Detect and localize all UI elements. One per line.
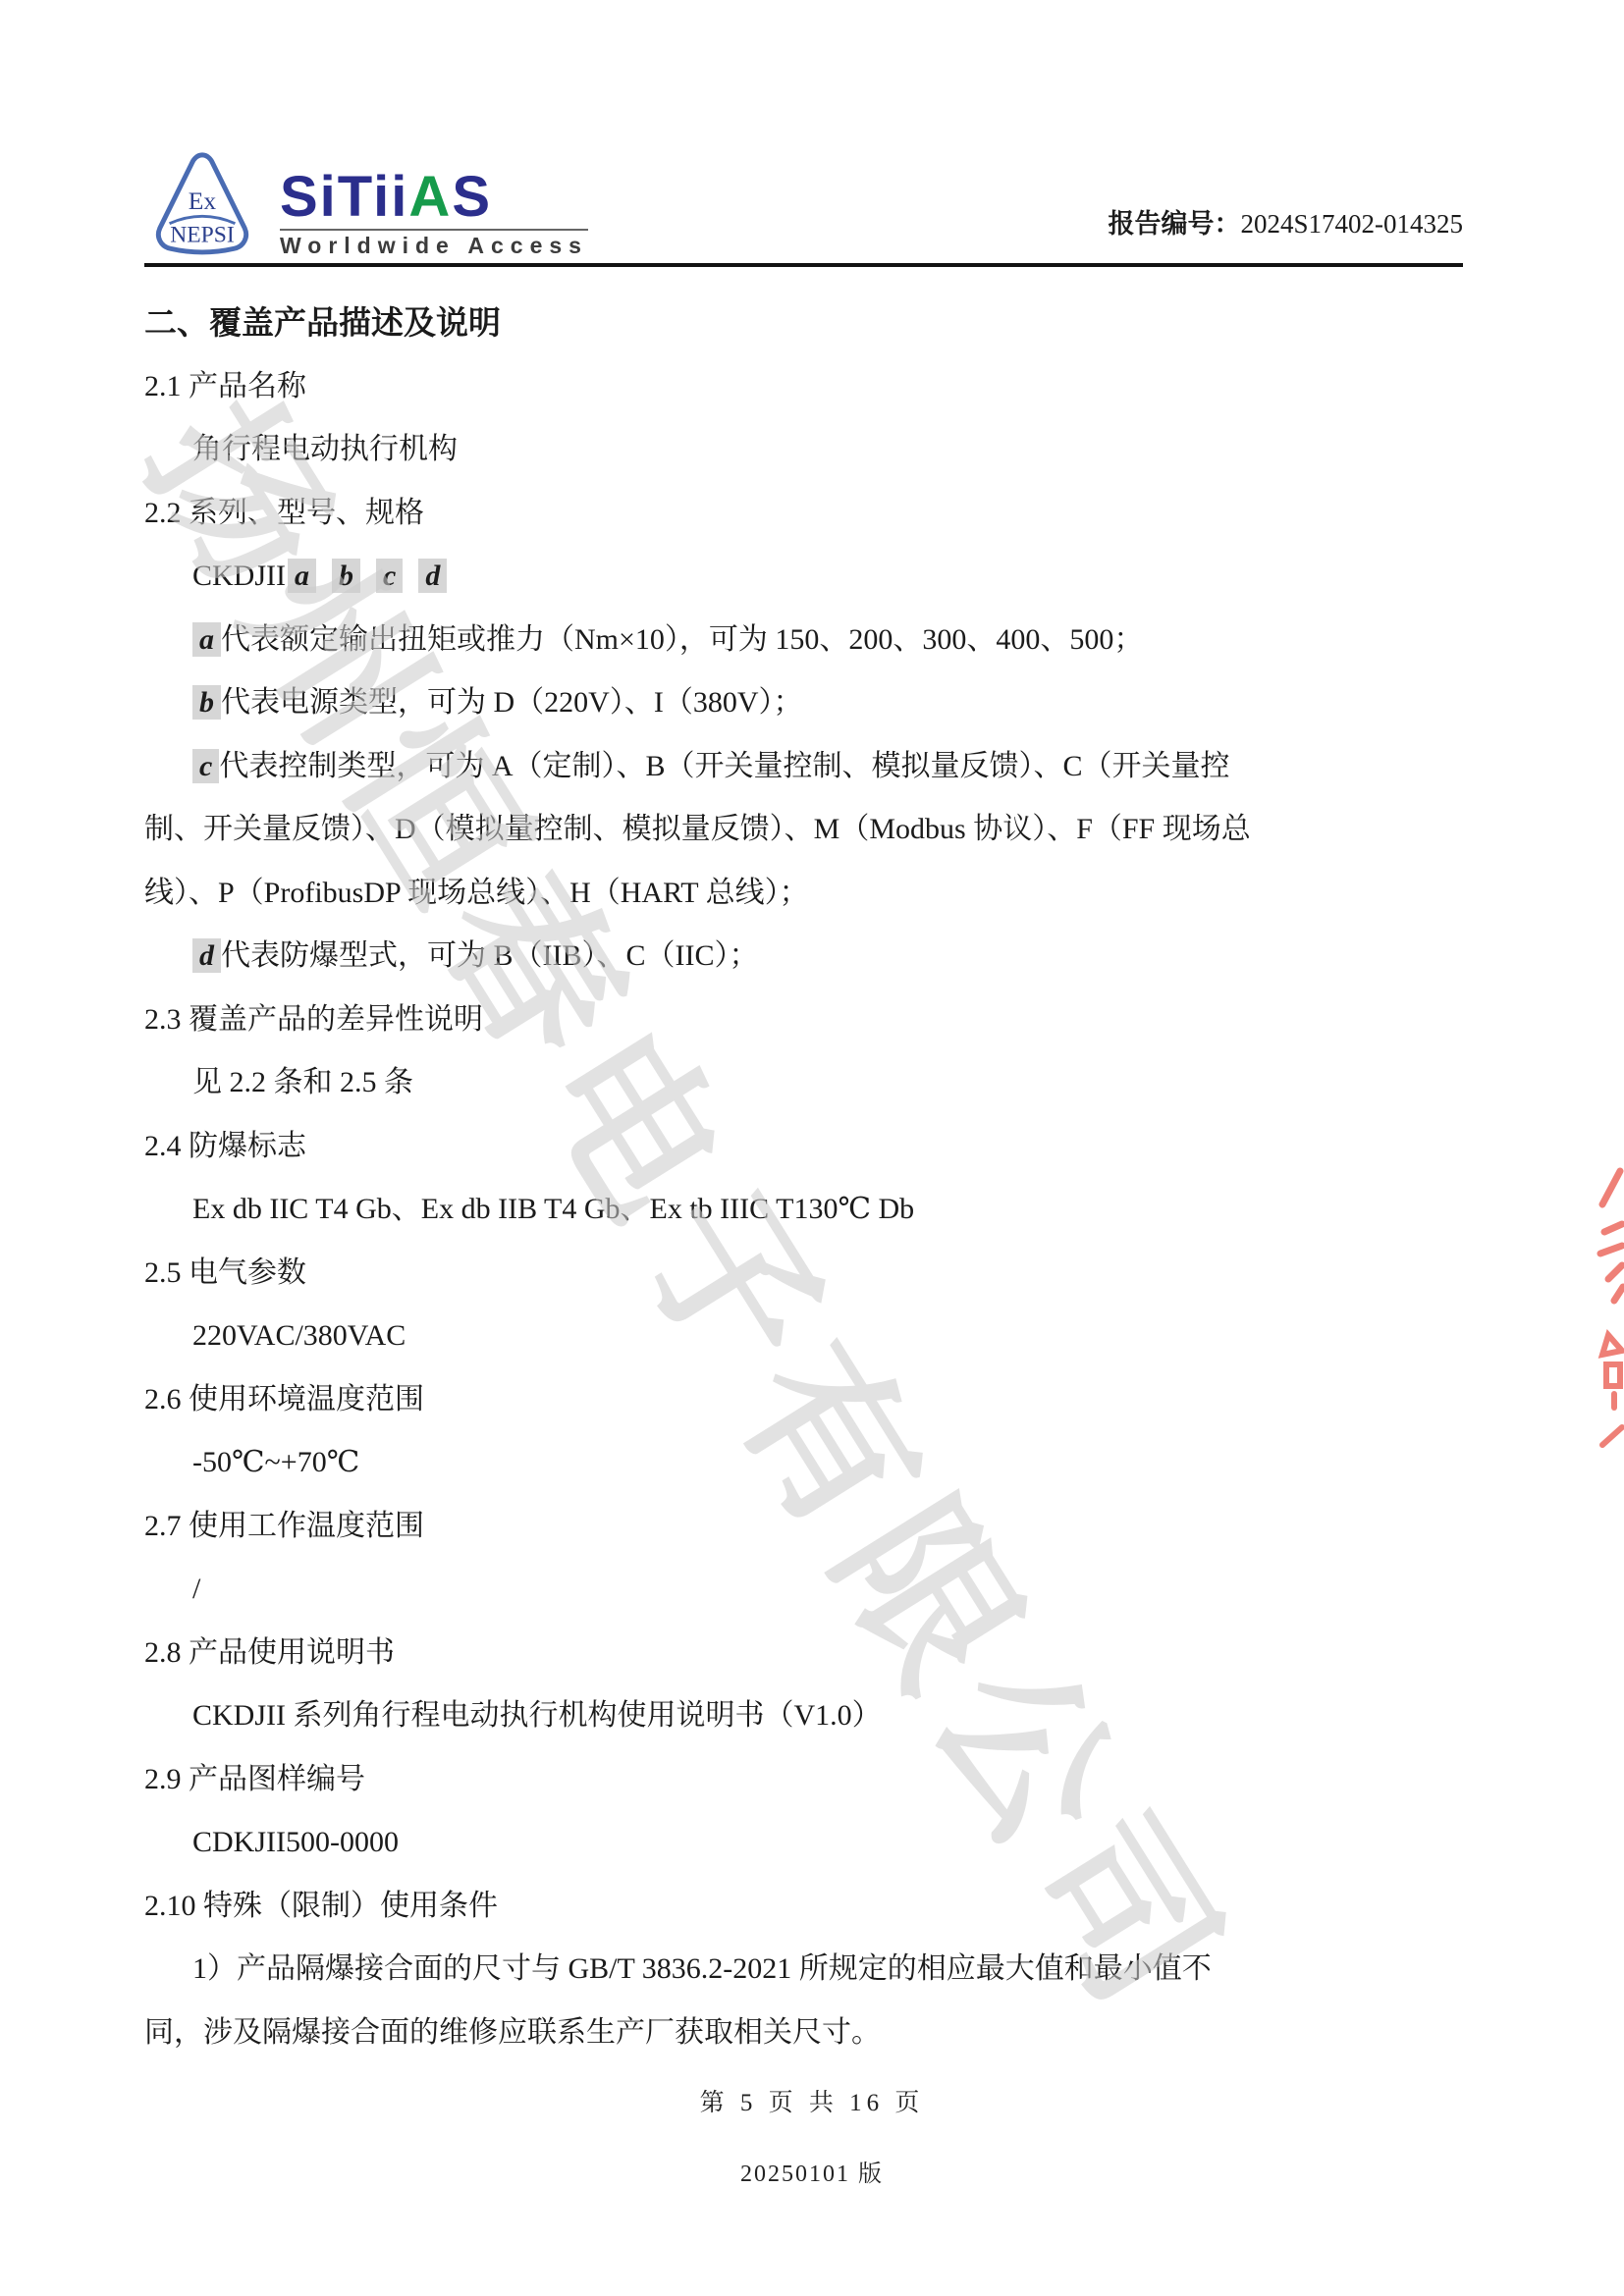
doc-line: 1）产品隔爆接合面的尺寸与 GB/T 3836.2-2021 所规定的相应最大值… [144,1938,1465,2002]
report-number-row: 报告编号：2024S17402-014325 [1108,202,1463,240]
report-number-value: 2024S17402-014325 [1240,209,1463,239]
doc-line: b代表电源类型，可为 D（220V）、I（380V）； [144,671,1465,735]
brand-wordmark: SiTiiAS [280,169,588,226]
def-letter: c [192,749,219,783]
model-letter-c: c [376,559,403,593]
nepsi-ex-badge-icon: Ex NEPSI [144,147,260,263]
doc-line: 见 2.2 条和 2.5 条 [144,1051,1465,1115]
stamp-fragment-icon [1591,1325,1624,1453]
footer-version: 20250101 版 [0,2154,1624,2188]
model-letter-d: d [418,559,447,593]
def-text: 代表电源类型，可为 D（220V）、I（380V）； [221,686,803,719]
doc-line: 2.1 产品名称 [144,355,1465,419]
doc-line: 2.7 使用工作温度范围 [144,1495,1465,1559]
model-letter-b: b [332,559,360,593]
def-letter: d [192,938,221,973]
doc-line: 2.5 电气参数 [144,1242,1465,1306]
brand-part1: SiTii [280,165,408,229]
doc-line: 2.9 产品图样编号 [144,1748,1465,1812]
brand-tagline: Worldwide Access [280,233,588,259]
model-code-line: CKDJIIabcd [144,545,1465,609]
badge-nepsi-text: NEPSI [170,222,235,247]
brand-part2: S [452,165,492,229]
doc-line: 2.10 特殊（限制）使用条件 [144,1875,1465,1939]
doc-line: a代表额定输出扭矩或推力（Nm×10），可为 150、200、300、400、5… [144,609,1465,672]
doc-line: Ex db IIC T4 Gb、Ex db IIB T4 Gb、Ex tb II… [144,1178,1465,1242]
def-text: 代表额定输出扭矩或推力（Nm×10），可为 150、200、300、400、50… [221,623,1143,656]
doc-line: 2.8 产品使用说明书 [144,1622,1465,1685]
def-letter: b [192,685,221,720]
footer-page-info: 第 5 页 共 16 页 [0,2083,1624,2118]
doc-line: 同，涉及隔爆接合面的维修应联系生产厂获取相关尺寸。 [144,2002,1465,2065]
company-logo: Ex NEPSI SiTiiAS Worldwide Access [144,147,588,263]
brand-divider [280,229,588,231]
doc-line: d代表防爆型式，可为 B（IIB）、C（IIC）； [144,925,1465,988]
doc-line: 制、开关量反馈）、D（模拟量控制、模拟量反馈）、M（Modbus 协议）、F（F… [144,798,1465,862]
def-text: 代表防爆型式，可为 B（IIB）、C（IIC）； [221,939,759,972]
doc-line: c代表控制类型，可为 A（定制）、B（开关量控制、模拟量反馈）、C（开关量控 [144,735,1465,799]
section-heading: 二、覆盖产品描述及说明 [144,292,1465,355]
def-text: 代表控制类型，可为 A（定制）、B（开关量控制、模拟量反馈）、C（开关量控 [219,750,1229,782]
badge-ex-text: Ex [189,187,217,215]
header-rule [144,263,1463,267]
doc-line: 220VAC/380VAC [144,1305,1465,1368]
model-letter-a: a [288,559,316,593]
doc-line: 2.3 覆盖产品的差异性说明 [144,988,1465,1052]
document-body: 二、覆盖产品描述及说明 2.1 产品名称 角行程电动执行机构 2.2 系列、型号… [144,292,1465,2064]
doc-line: / [144,1558,1465,1622]
doc-line: CDKJII500-0000 [144,1811,1465,1875]
stamp-fragment-icon [1591,1163,1624,1310]
def-letter: a [192,622,221,657]
doc-line: 角行程电动执行机构 [144,418,1465,482]
doc-line: 2.6 使用环境温度范围 [144,1368,1465,1432]
doc-line: CKDJII 系列角行程电动执行机构使用说明书（V1.0） [144,1684,1465,1748]
document-page: { "header": { "badge": { "line1": "Ex", … [0,0,1624,2296]
model-prefix: CKDJII [192,560,286,592]
doc-line: 线）、P（ProfibusDP 现场总线）、H（HART 总线）； [144,862,1465,926]
report-number-label: 报告编号： [1108,209,1240,239]
brand-block: SiTiiAS Worldwide Access [280,169,588,263]
brand-accent-letter: A [408,165,452,229]
doc-line: 2.2 系列、型号、规格 [144,482,1465,546]
doc-line: -50℃~+70℃ [144,1431,1465,1495]
doc-line: 2.4 防爆标志 [144,1115,1465,1179]
